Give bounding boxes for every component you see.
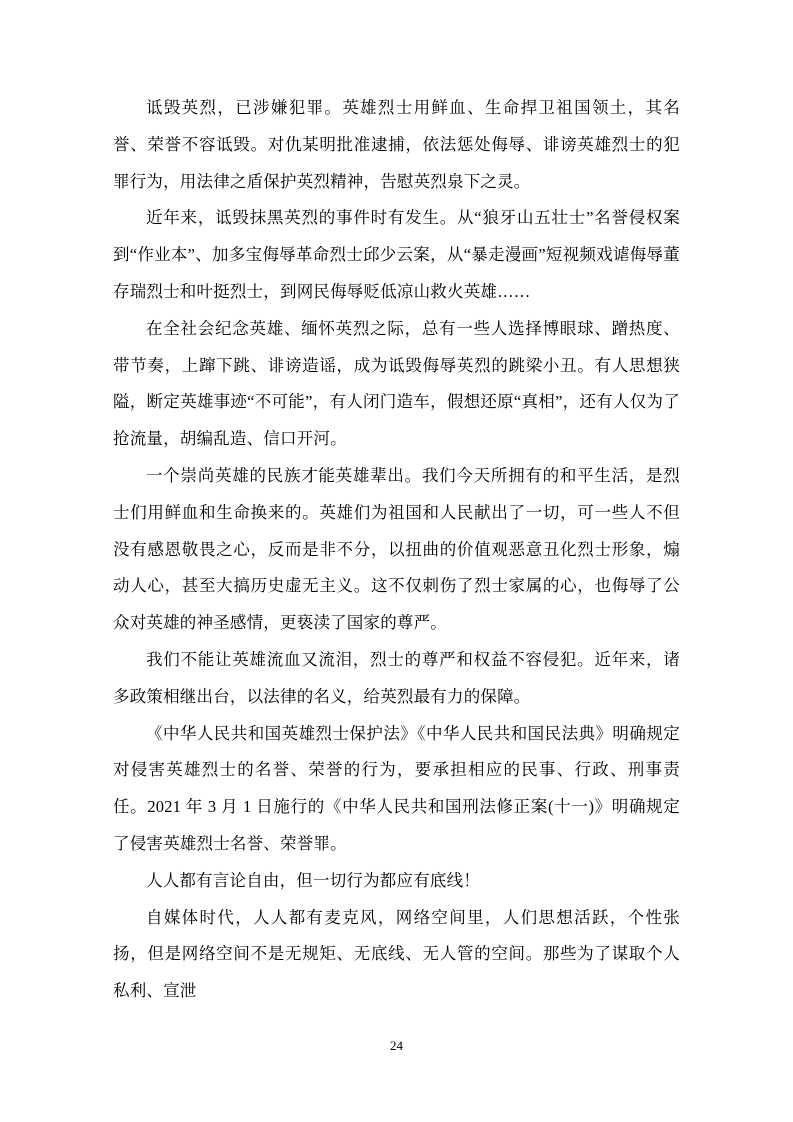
paragraph: 在全社会纪念英雄、缅怀英烈之际，总有一些人选择博眼球、蹭热度、带节奏，上蹿下跳、… xyxy=(113,311,680,458)
document-body: 诋毁英烈，已涉嫌犯罪。英雄烈士用鲜血、生命捍卫祖国领土，其名誉、荣誉不容诋毁。对… xyxy=(113,90,680,1010)
document-page: 诋毁英烈，已涉嫌犯罪。英雄烈士用鲜血、生命捍卫祖国领土，其名誉、荣誉不容诋毁。对… xyxy=(0,0,793,1122)
paragraph: 自媒体时代，人人都有麦克风，网络空间里，人们思想活跃，个性张扬，但是网络空间不是… xyxy=(113,900,680,1010)
paragraph: 我们不能让英雄流血又流泪，烈士的尊严和权益不容侵犯。近年来，诸多政策相继出台，以… xyxy=(113,642,680,716)
paragraph: 一个崇尚英雄的民族才能英雄辈出。我们今天所拥有的和平生活，是烈士们用鲜血和生命换… xyxy=(113,458,680,642)
paragraph: 人人都有言论自由，但一切行为都应有底线！ xyxy=(113,863,680,900)
paragraph: 近年来，诋毁抹黑英烈的事件时有发生。从“狼牙山五壮士”名誉侵权案到“作业本”、加… xyxy=(113,200,680,310)
page-number: 24 xyxy=(0,1038,793,1054)
paragraph: 《中华人民共和国英雄烈士保护法》《中华人民共和国民法典》明确规定对侵害英雄烈士的… xyxy=(113,716,680,863)
paragraph: 诋毁英烈，已涉嫌犯罪。英雄烈士用鲜血、生命捍卫祖国领土，其名誉、荣誉不容诋毁。对… xyxy=(113,90,680,200)
